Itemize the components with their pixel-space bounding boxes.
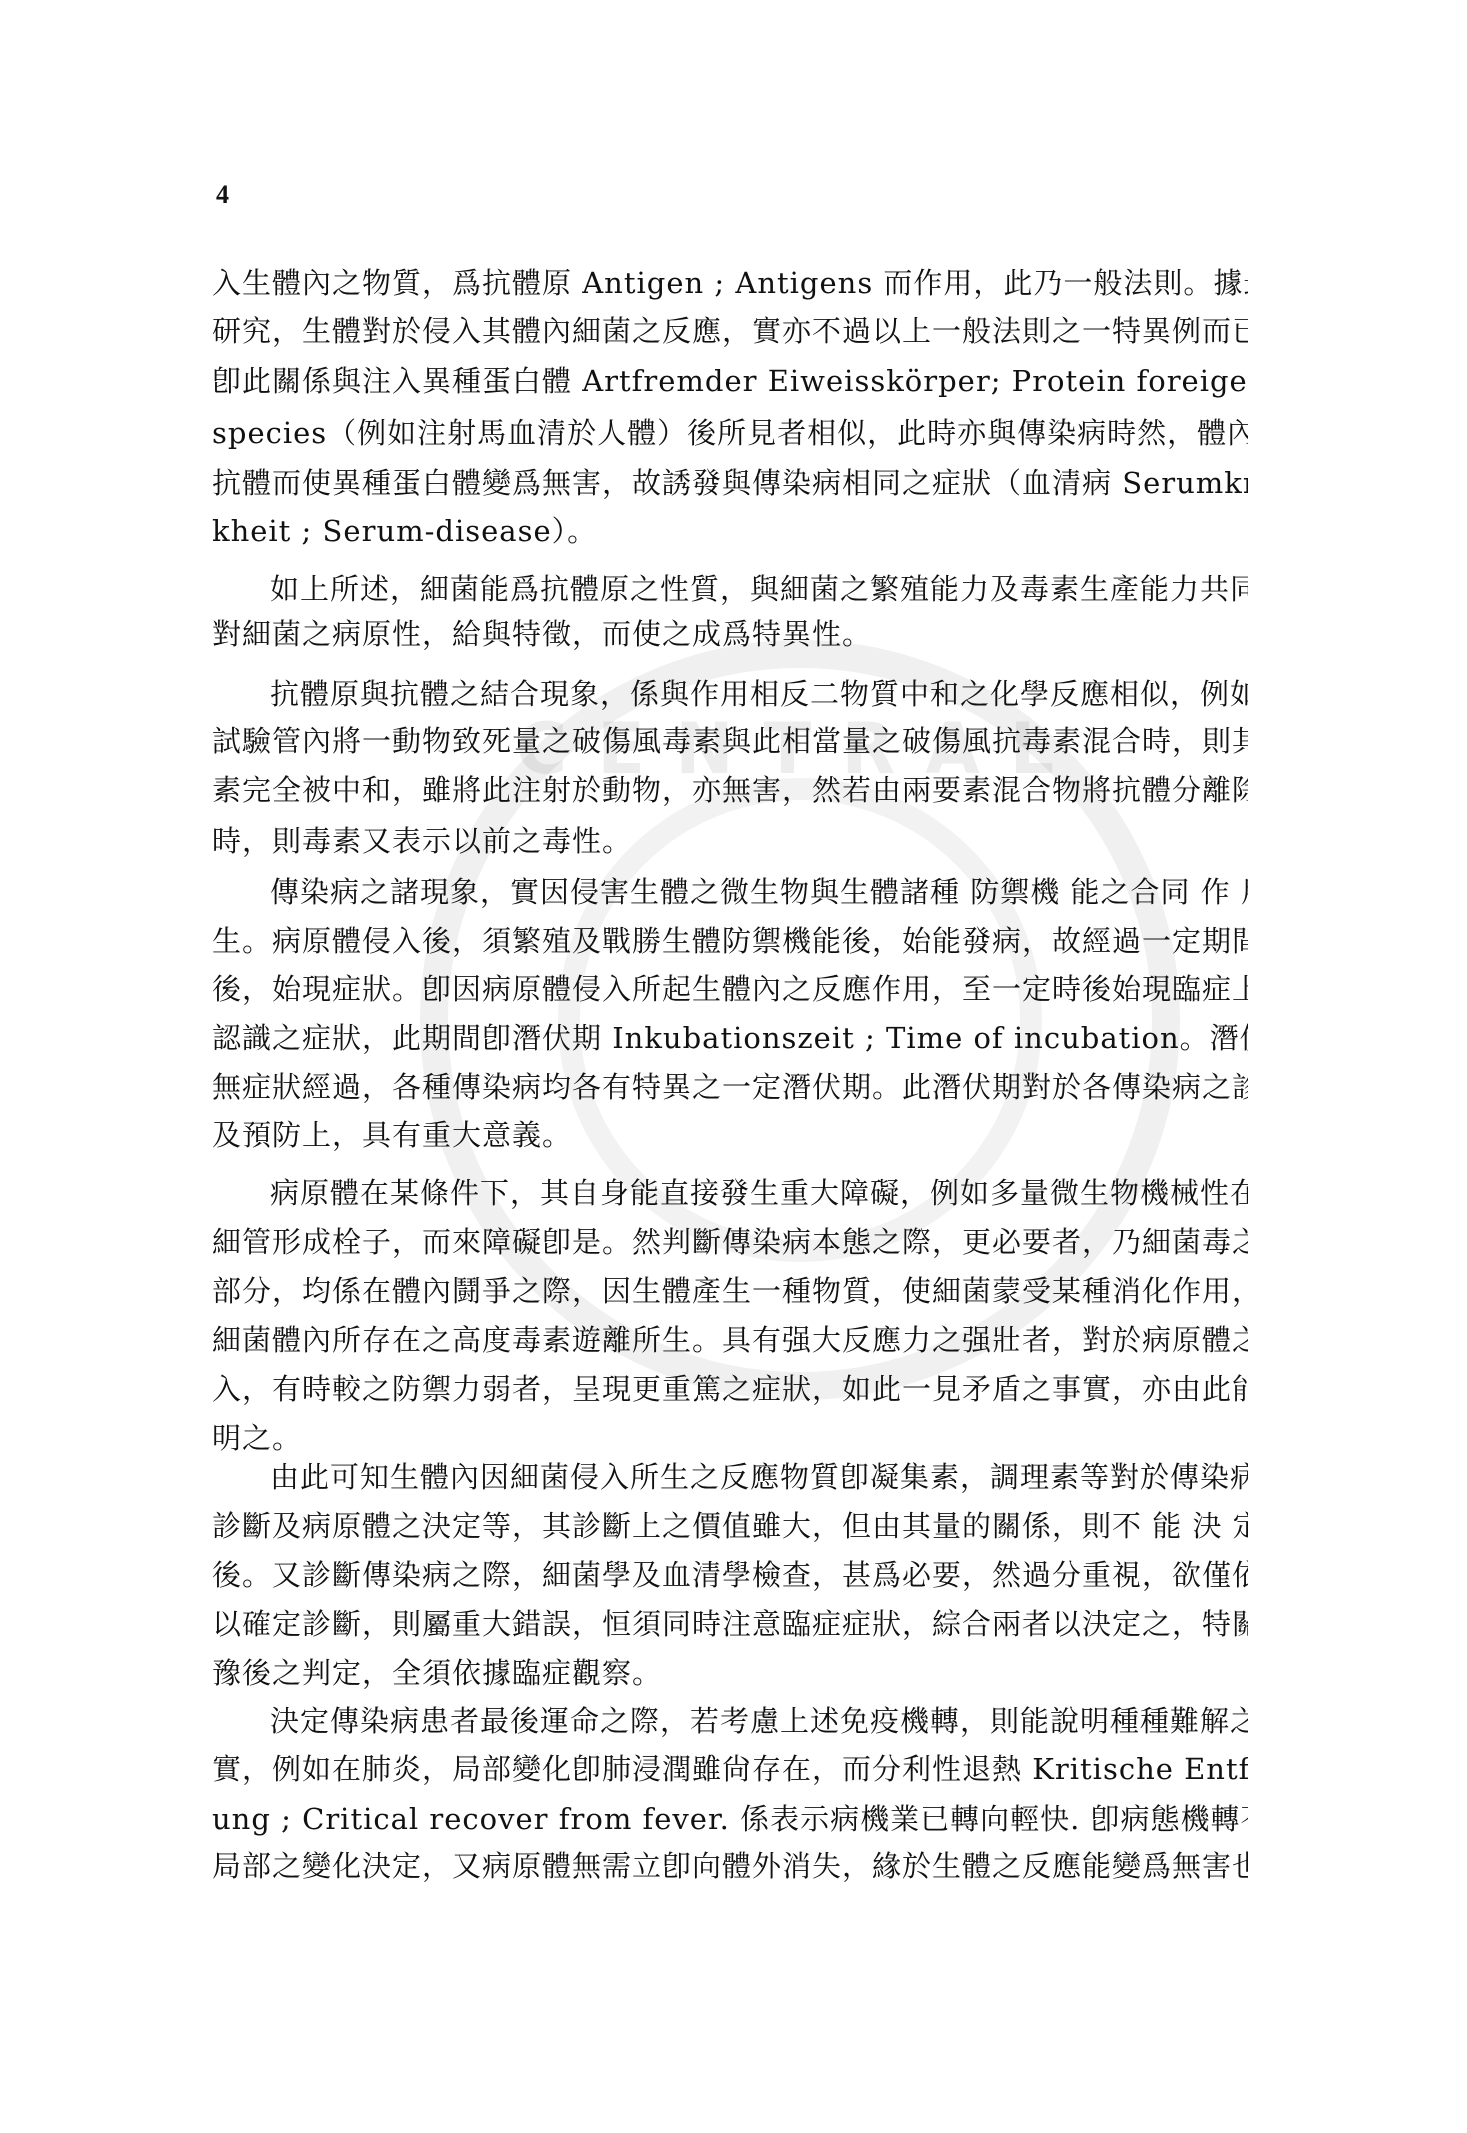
text-line: 卽此關係與注入異種蛋白體 Artfremder Eiweisskörper; P… bbox=[212, 358, 1248, 404]
text-line: 試驗管內將一動物致死量之破傷風毒素與此相當量之破傷風抗毒素混合時，則其毒 bbox=[212, 718, 1248, 764]
text-line: 局部之變化決定，又病原體無需立卽向體外消失，緣於生體之反應能變爲無害也。 bbox=[212, 1843, 1248, 1889]
text-line: 素完全被中和，雖將此注射於動物，亦無害，然若由兩要素混合物將抗體分離除去 bbox=[212, 767, 1248, 813]
text-line: 對細菌之病原性，給與特徵，而使之成爲特異性。 bbox=[212, 611, 1248, 657]
text-line: ung ; Critical recover from fever. 係表示病機… bbox=[212, 1796, 1248, 1842]
text-line: 入，有時較之防禦力弱者，呈現更重篤之症狀，如此一見矛盾之事實，亦由此能說 bbox=[212, 1366, 1248, 1412]
text-line: 細菌體內所存在之高度毒素遊離所生。具有强大反應力之强壯者，對於病原體之侵 bbox=[212, 1317, 1248, 1363]
text-line: 傳染病之諸現象，實因侵害生體之微生物與生體諸種 防禦機 能之合同 作 用所 bbox=[212, 869, 1248, 915]
text-line: 後。又診斷傳染病之際，細菌學及血清學檢查，甚爲必要，然過分重視，欲僅依此 bbox=[212, 1552, 1248, 1598]
text-line: 抗體而使異種蛋白體變爲無害，故誘發與傳染病相同之症狀（血清病 Serumkran… bbox=[212, 460, 1248, 506]
text-line: 決定傳染病患者最後運命之際，若考慮上述免疫機轉，則能說明種種難解之事 bbox=[212, 1698, 1248, 1744]
page-number: 4 bbox=[216, 180, 229, 210]
text-line: 認識之症狀，此期間卽潛伏期 Inkubationszeit ; Time of … bbox=[212, 1015, 1248, 1061]
text-line: 如上所述，細菌能爲抗體原之性質，與細菌之繁殖能力及毒素生產能力共同， bbox=[212, 566, 1248, 612]
text-line: 診斷及病原體之決定等，其診斷上之價值雖大，但由其量的關係，則不 能 決 定 預 bbox=[212, 1503, 1248, 1549]
text-line: 由此可知生體內因細菌侵入所生之反應物質卽凝集素，調理素等對於傳染病之 bbox=[212, 1454, 1248, 1500]
text-line: 細管形成栓子，而來障礙卽是。然判斷傳染病本態之際，更必要者，乃細菌毒之大 bbox=[212, 1219, 1248, 1265]
text-line: 生。病原體侵入後，須繁殖及戰勝生體防禦機能後，始能發病，故經過一定期間 bbox=[212, 918, 1248, 964]
text-line: 及預防上，具有重大意義。 bbox=[212, 1112, 1248, 1158]
text-line: 實，例如在肺炎，局部變化卽肺浸潤雖尙存在，而分利性退熱 Kritische En… bbox=[212, 1746, 1248, 1792]
text-line: 以確定診斷，則屬重大錯誤，恒須同時注意臨症症狀，綜合兩者以決定之，特關於 bbox=[212, 1601, 1248, 1647]
text-line: 無症狀經過，各種傳染病均各有特異之一定潛伏期。此潛伏期對於各傳染病之診斷 bbox=[212, 1064, 1248, 1110]
text-line: 豫後之判定，全須依據臨症觀察。 bbox=[212, 1650, 1248, 1696]
text-line: species（例如注射馬血清於人體）後所見者相似，此時亦與傳染病時然，體內產生 bbox=[212, 410, 1248, 456]
text-line: 病原體在某條件下，其自身能直接發生重大障礙，例如多量微生物機械性在毛 bbox=[212, 1170, 1248, 1216]
text-line: 後，始現症狀。卽因病原體侵入所起生體內之反應作用，至一定時後始現臨症上能 bbox=[212, 966, 1248, 1012]
text-line: 抗體原與抗體之結合現象，係與作用相反二物質中和之化學反應相似，例如在 bbox=[212, 671, 1248, 717]
text-line: 入生體內之物質，爲抗體原 Antigen ; Antigens 而作用，此乃一般… bbox=[212, 260, 1248, 306]
text-line: kheit ; Serum-disease）。 bbox=[212, 508, 1248, 554]
text-line: 部分，均係在體內鬪爭之際，因生體產生一種物質，使細菌蒙受某種消化作用，致 bbox=[212, 1268, 1248, 1314]
text-line: 時，則毒素又表示以前之毒性。 bbox=[212, 818, 1248, 864]
text-line: 研究，生體對於侵入其體內細菌之反應，實亦不過以上一般法則之一特異例而已。 bbox=[212, 308, 1248, 354]
